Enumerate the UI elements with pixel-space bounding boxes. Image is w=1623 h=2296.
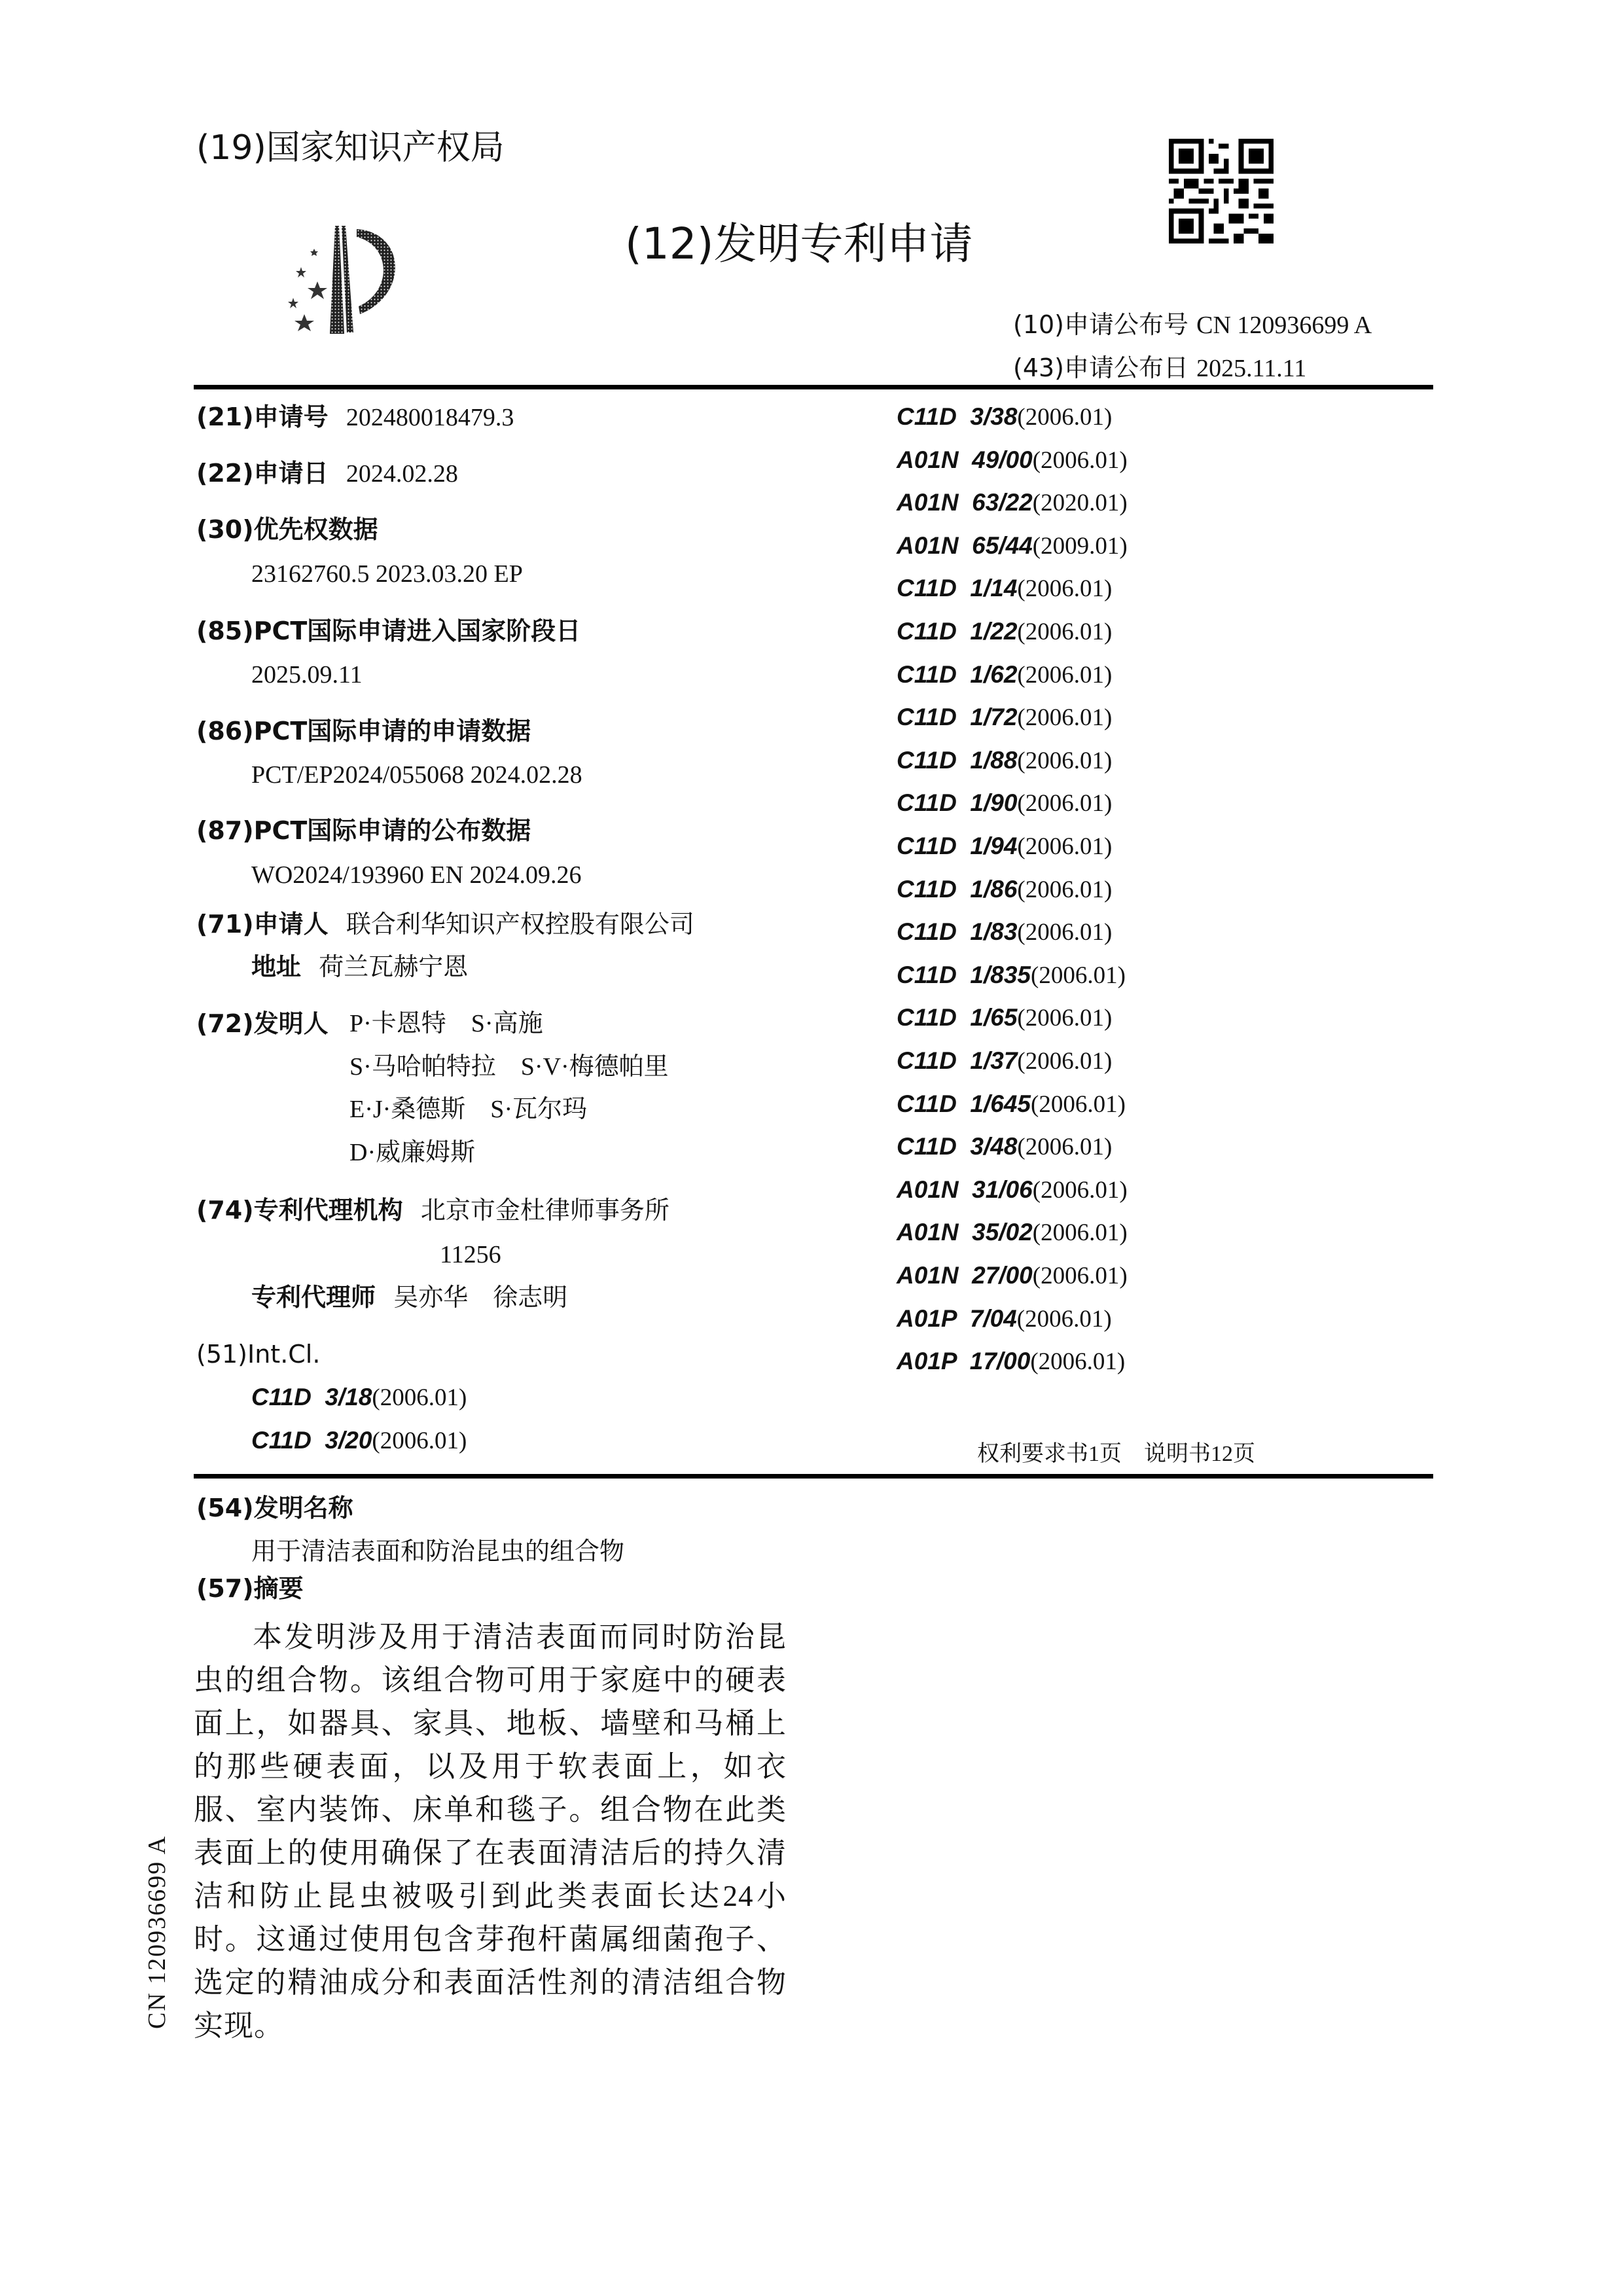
application-number-label: (21)申请号 bbox=[196, 403, 329, 431]
office-name: (19)国家知识产权局 bbox=[196, 131, 505, 165]
side-publication-number: CN 120936699 A bbox=[143, 1835, 171, 2029]
classification-code: C11D 1/90 bbox=[897, 789, 1017, 816]
classification-row: A01N 31/06(2006.01) bbox=[897, 1177, 1128, 1202]
classification-code: C11D 1/14 bbox=[897, 575, 1017, 601]
application-date-row: (22)申请日 2024.02.28 bbox=[196, 461, 458, 486]
int-cl-label: (51)Int.Cl. bbox=[196, 1342, 320, 1367]
classification-code: C11D 1/86 bbox=[897, 876, 1017, 903]
classification-row: A01P 17/00(2006.01) bbox=[897, 1349, 1125, 1374]
classification-row: C11D 1/65(2006.01) bbox=[897, 1005, 1112, 1030]
pct-entry-label: (85)PCT国际申请进入国家阶段日 bbox=[196, 619, 580, 643]
classification-row: C11D 1/62(2006.01) bbox=[897, 662, 1112, 687]
address-row: 地址 荷兰瓦赫宁恩 bbox=[251, 954, 468, 980]
classification-version: (2006.01) bbox=[1030, 1348, 1125, 1375]
classification-code: A01N 65/44 bbox=[897, 532, 1033, 559]
classification-version: (2006.01) bbox=[1017, 404, 1112, 431]
classification-code: C11D 1/83 bbox=[897, 918, 1017, 945]
pct-application-data: PCT/EP2024/055068 2024.02.28 bbox=[251, 762, 582, 787]
publication-date: 2025.11.11 bbox=[1196, 355, 1306, 382]
classification-code: C11D 1/835 bbox=[897, 961, 1031, 988]
classification-code: C11D 1/645 bbox=[897, 1090, 1031, 1117]
classification-code: A01P 7/04 bbox=[897, 1305, 1017, 1332]
classification-version: (2006.01) bbox=[1033, 1263, 1128, 1289]
pct-publication-label: (87)PCT国际申请的公布数据 bbox=[196, 818, 531, 843]
classification-row: C11D 1/94(2006.01) bbox=[897, 834, 1112, 859]
address-label: 地址 bbox=[251, 952, 301, 981]
classification-code: C11D 1/94 bbox=[897, 833, 1017, 859]
classification-code: C11D 1/37 bbox=[897, 1047, 1017, 1074]
applicant-label: (71)申请人 bbox=[196, 910, 329, 939]
classification-row: A01N 49/00(2006.01) bbox=[897, 448, 1128, 473]
pct-publication-data: WO2024/193960 EN 2024.09.26 bbox=[251, 863, 582, 888]
classification-version: (2006.01) bbox=[372, 1384, 467, 1411]
classification-code: C11D 1/72 bbox=[897, 704, 1017, 730]
agent-names: 吴亦华 徐志明 bbox=[393, 1284, 567, 1312]
classification-version: (2006.01) bbox=[1017, 1048, 1112, 1075]
classification-version: (2006.01) bbox=[1017, 662, 1112, 689]
applicant-row: (71)申请人 联合利华知识产权控股有限公司 bbox=[196, 912, 694, 937]
classification-code: C11D 3/18 bbox=[251, 1384, 372, 1410]
classification-code: A01P 17/00 bbox=[897, 1348, 1030, 1374]
classification-version: (2006.01) bbox=[372, 1427, 467, 1454]
address: 荷兰瓦赫宁恩 bbox=[319, 954, 468, 981]
qr-code-icon bbox=[1169, 139, 1274, 243]
classification-version: (2006.01) bbox=[1017, 704, 1112, 731]
agency-label: (74)专利代理机构 bbox=[196, 1196, 403, 1225]
applicant-name: 联合利华知识产权控股有限公司 bbox=[346, 911, 694, 939]
classification-code: A01N 49/00 bbox=[897, 446, 1033, 473]
cnipa-logo-icon bbox=[262, 223, 425, 340]
classification-row: C11D 1/72(2006.01) bbox=[897, 705, 1112, 730]
inventors-label: (72)发明人 bbox=[196, 1011, 329, 1036]
classification-version: (2006.01) bbox=[1017, 747, 1112, 774]
classification-version: (2006.01) bbox=[1017, 575, 1112, 602]
classification-version: (2006.01) bbox=[1017, 790, 1112, 817]
page-counts: 权利要求书1页 说明书12页 bbox=[977, 1443, 1255, 1465]
classification-code: C11D 3/38 bbox=[897, 403, 1017, 430]
application-date-label: (22)申请日 bbox=[196, 459, 329, 488]
classification-code: C11D 1/62 bbox=[897, 661, 1017, 688]
inventor-line: D·威廉姆斯 bbox=[349, 1140, 475, 1165]
classification-row: C11D 1/88(2006.01) bbox=[897, 748, 1112, 773]
priority-data: 23162760.5 2023.03.20 EP bbox=[251, 562, 523, 586]
classification-code: C11D 3/48 bbox=[897, 1133, 1017, 1160]
classification-version: (2009.01) bbox=[1033, 533, 1128, 560]
classification-version: (2006.01) bbox=[1033, 447, 1128, 474]
pct-entry-date: 2025.09.11 bbox=[251, 662, 363, 687]
publication-date-row: (43)申请公布日 2025.11.11 bbox=[1013, 355, 1306, 381]
classification-row: C11D 3/38(2006.01) bbox=[897, 404, 1112, 429]
classification-code: A01N 63/22 bbox=[897, 489, 1033, 516]
classification-version: (2006.01) bbox=[1017, 833, 1112, 860]
agency-name: 北京市金杜律师事务所 bbox=[421, 1197, 669, 1225]
publication-number-row: (10)申请公布号 CN 120936699 A bbox=[1013, 312, 1372, 338]
abstract-label: (57)摘要 bbox=[196, 1576, 304, 1601]
classification-version: (2020.01) bbox=[1033, 490, 1128, 516]
classification-code: C11D 1/88 bbox=[897, 747, 1017, 774]
classification-row: C11D 1/835(2006.01) bbox=[897, 963, 1126, 988]
classification-code: A01N 27/00 bbox=[897, 1262, 1033, 1289]
classification-row: A01N 63/22(2020.01) bbox=[897, 490, 1128, 515]
classification-row: C11D 1/90(2006.01) bbox=[897, 791, 1112, 816]
inventor-line: E·J·桑德斯 S·瓦尔玛 bbox=[349, 1097, 587, 1122]
classification-version: (2006.01) bbox=[1017, 1005, 1112, 1031]
classification-version: (2006.01) bbox=[1017, 919, 1112, 946]
header-divider bbox=[194, 385, 1433, 389]
invention-title-label: (54)发明名称 bbox=[196, 1496, 353, 1520]
agent-row: 专利代理师 吴亦华 徐志明 bbox=[251, 1285, 567, 1310]
invention-title: 用于清洁表面和防治昆虫的组合物 bbox=[251, 1539, 624, 1564]
classification-code: A01N 35/02 bbox=[897, 1219, 1033, 1246]
classification-row: C11D 3/48(2006.01) bbox=[897, 1134, 1112, 1159]
classification-row: C11D 1/22(2006.01) bbox=[897, 619, 1112, 644]
document-type-title: (12)发明专利申请 bbox=[625, 223, 972, 266]
classification-code: C11D 1/22 bbox=[897, 618, 1017, 645]
classification-version: (2006.01) bbox=[1017, 1306, 1112, 1333]
classification-row: C11D 1/645(2006.01) bbox=[897, 1092, 1126, 1117]
classification-version: (2006.01) bbox=[1033, 1219, 1128, 1246]
classification-row: C11D 3/20(2006.01) bbox=[251, 1428, 467, 1453]
classification-version: (2006.01) bbox=[1031, 962, 1126, 989]
inventor-line: S·马哈帕特拉 S·V·梅德帕里 bbox=[349, 1054, 669, 1079]
classification-row: C11D 3/18(2006.01) bbox=[251, 1385, 467, 1410]
agent-label: 专利代理师 bbox=[251, 1283, 376, 1312]
classification-row: A01N 27/00(2006.01) bbox=[897, 1263, 1128, 1288]
abstract-text: 本发明涉及用于清洁表面而同时防治昆虫的组合物。该组合物可用于家庭中的硬表面上，如… bbox=[194, 1615, 787, 2047]
classification-row: C11D 1/83(2006.01) bbox=[897, 920, 1112, 944]
classification-row: A01P 7/04(2006.01) bbox=[897, 1306, 1112, 1331]
pct-application-label: (86)PCT国际申请的申请数据 bbox=[196, 719, 531, 744]
classification-code: C11D 1/65 bbox=[897, 1004, 1017, 1031]
biblio-divider bbox=[194, 1474, 1433, 1479]
classification-version: (2006.01) bbox=[1017, 876, 1112, 903]
classification-row: C11D 1/37(2006.01) bbox=[897, 1049, 1112, 1073]
classification-row: C11D 1/86(2006.01) bbox=[897, 877, 1112, 902]
classification-code: C11D 3/20 bbox=[251, 1427, 372, 1454]
classification-code: A01N 31/06 bbox=[897, 1176, 1033, 1203]
classification-row: C11D 1/14(2006.01) bbox=[897, 576, 1112, 601]
publication-number-label: (10)申请公布号 bbox=[1013, 310, 1188, 339]
classification-version: (2006.01) bbox=[1017, 619, 1112, 645]
classification-version: (2006.01) bbox=[1031, 1091, 1126, 1118]
publication-number: CN 120936699 A bbox=[1196, 312, 1372, 339]
application-number: 202480018479.3 bbox=[346, 404, 514, 431]
agency-code: 11256 bbox=[440, 1242, 501, 1267]
publication-date-label: (43)申请公布日 bbox=[1013, 353, 1188, 382]
application-number-row: (21)申请号 202480018479.3 bbox=[196, 404, 514, 430]
agency-row: (74)专利代理机构 北京市金杜律师事务所 bbox=[196, 1198, 669, 1223]
inventor-line: P·卡恩特 S·高施 bbox=[349, 1011, 543, 1036]
classification-version: (2006.01) bbox=[1033, 1177, 1128, 1204]
application-date: 2024.02.28 bbox=[346, 460, 458, 488]
classification-version: (2006.01) bbox=[1017, 1134, 1112, 1160]
classification-row: A01N 65/44(2009.01) bbox=[897, 533, 1128, 558]
classification-row: A01N 35/02(2006.01) bbox=[897, 1220, 1128, 1245]
priority-label: (30)优先权数据 bbox=[196, 517, 378, 542]
